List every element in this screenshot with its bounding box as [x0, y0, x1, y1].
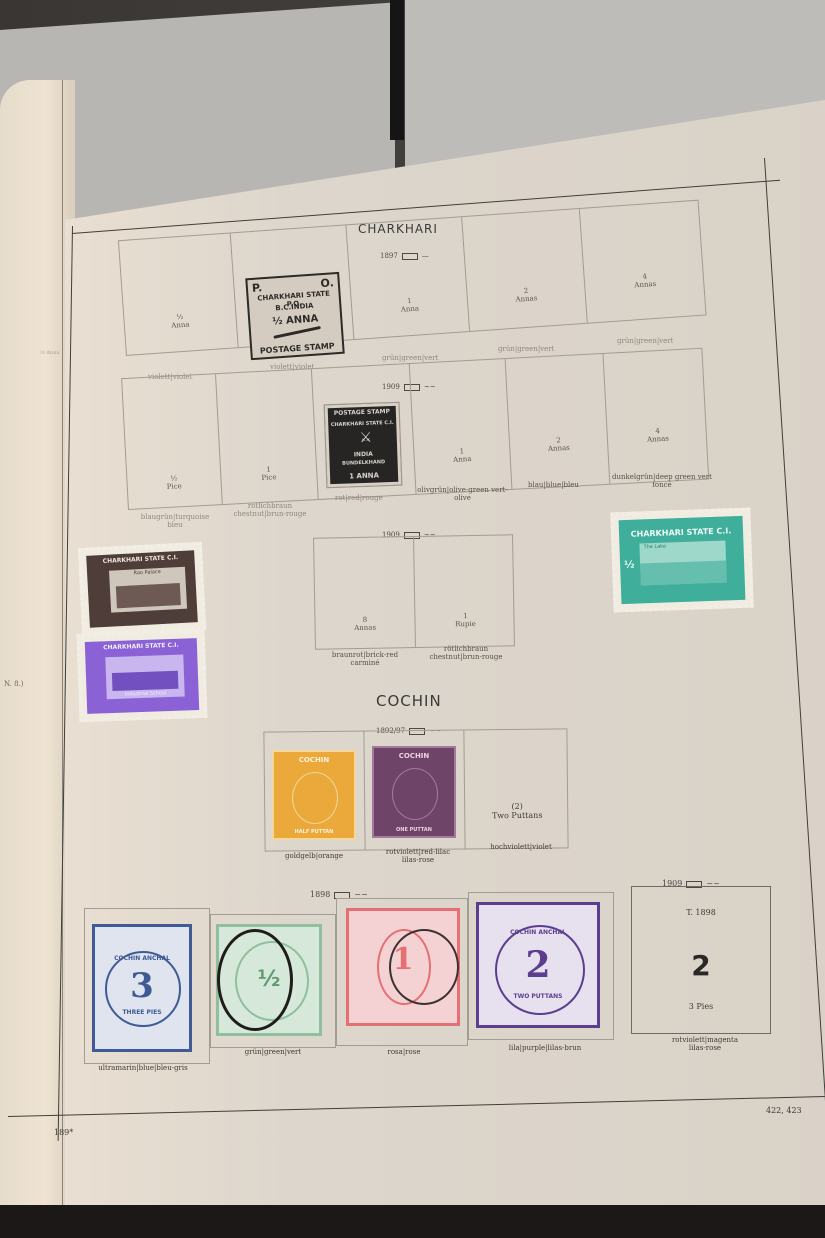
- stamp-frame: CHARKHARI STATE C.I. The Lake ½: [619, 516, 746, 604]
- color-label: grün|green|vert: [617, 337, 673, 345]
- book-bottom-edge: [0, 1205, 825, 1238]
- stamp-cochin-anchal-two-puttans[interactable]: COCHIN ANCHAL 2 TWO PUTTANS: [476, 902, 600, 1028]
- stamp-cochin-one-puttan[interactable]: COCHIN ONE PUTTAN: [372, 746, 456, 838]
- stamp-text: CHARKHARI STATE C.I.: [328, 420, 396, 428]
- color-label: rötlichbraunchestnut|brun-rouge: [420, 645, 512, 661]
- stamp-numeral: 3: [95, 969, 189, 1003]
- color-label: hochviolett|violet: [478, 843, 564, 851]
- slot-value: 8Annas: [315, 615, 414, 633]
- stamp-text: INDIA: [329, 450, 397, 459]
- stamp-text: TWO PUTTANS: [479, 993, 597, 1000]
- stamp-text: CHARKHARI STATE C.I.: [85, 641, 197, 652]
- stamp-charkhari-industrial-school[interactable]: CHARKHARI STATE C.I. Industrial School: [77, 630, 208, 722]
- catalog-reference: 422, 423: [766, 1106, 802, 1115]
- color-label: rötlichbraun chestnut|brun-rouge: [225, 502, 315, 518]
- slot-value: 3 Pies: [632, 1003, 770, 1011]
- left-page-rule: [62, 80, 63, 1230]
- stamp-cochin-anchal-one-puttan[interactable]: 1: [346, 908, 460, 1026]
- crossed-swords-icon: ⚔: [349, 430, 383, 445]
- stamp-charkhari-1897-half-anna[interactable]: P. O. CHARKHARI STATE P.O. B.C.INDIA ½ A…: [245, 272, 344, 360]
- slot-1897-0[interactable]: ½Anna: [119, 233, 239, 355]
- color-label: rotviolett|red-lilaclilas-rose: [370, 848, 466, 864]
- color-label: grün|green|vert: [498, 345, 554, 353]
- color-label: blau|blue|bleu: [528, 481, 579, 489]
- sword-icon: [273, 326, 321, 339]
- stamp-cochin-half-puttan[interactable]: COCHIN HALF PUTTAN: [272, 750, 356, 840]
- color-label: goldgelb|orange: [276, 852, 352, 860]
- color-label: blaugrün|turquoise bleu: [135, 513, 215, 529]
- slot-value: ½Anna: [124, 309, 236, 333]
- school-image: [112, 671, 179, 691]
- slot-value: 1Rupie: [415, 611, 515, 629]
- slot-value: ½Pice: [127, 472, 221, 493]
- slot-1897-3[interactable]: 2Annas: [462, 209, 588, 331]
- slot-value: 1Anna: [414, 445, 510, 466]
- stamp-frame: CHARKHARI STATE C.I. Rao Palace: [86, 550, 198, 628]
- stamp-charkhari-1909-1-anna[interactable]: POSTAGE STAMP CHARKHARI STATE C.I. ⚔ IND…: [325, 403, 402, 488]
- slot-1909-1-rupie[interactable]: 1Rupie: [414, 535, 516, 647]
- page-number: 189*: [54, 1128, 73, 1137]
- stamp-text: ONE PUTTAN: [374, 827, 454, 833]
- stamp-text: HALF PUTTAN: [274, 829, 354, 835]
- stamp-text: COCHIN ANCHAL: [479, 929, 597, 936]
- slot-1909-4[interactable]: 2Annas: [506, 354, 611, 489]
- year-text: 1898: [310, 890, 330, 899]
- stamp-text: ½ ANNA: [250, 312, 341, 329]
- stamp-text: O.: [320, 276, 334, 290]
- issue-1909-high-grid: 8Annas 1Rupie: [313, 534, 515, 649]
- stamp-text: BUNDELKHAND: [330, 459, 398, 467]
- surcharge-numeral: 2: [632, 951, 770, 981]
- stamp-text: COCHIN ANCHAL: [95, 955, 189, 962]
- slot-cochin-two-puttans[interactable]: (2)Two Puttans: [464, 729, 569, 848]
- section-title-cochin: COCHIN: [376, 692, 442, 710]
- slot-value: 4Annas: [607, 425, 708, 446]
- slot-value: 1Anna: [352, 293, 468, 317]
- color-label: rotviolett|magentalilas-rose: [650, 1036, 760, 1052]
- postmark-icon: [389, 929, 459, 1005]
- background-gap: [390, 0, 404, 140]
- color-label: braunrot|brick-redcarminé: [322, 651, 408, 667]
- stamp-caption: Industrial School: [107, 690, 185, 699]
- color-label: lila|purple|lilas-brun: [490, 1044, 600, 1052]
- color-label: olivgrün|olive-green vert-olive: [415, 486, 510, 502]
- stamp-charkhari-rao-palace[interactable]: CHARKHARI STATE C.I. Rao Palace: [78, 542, 206, 636]
- stamp-vignette: Industrial School: [105, 655, 184, 700]
- stamp-text: POSTAGE STAMP: [328, 408, 396, 417]
- stamp-numeral: 2: [479, 947, 597, 983]
- stamp-text: 1 ANNA: [330, 471, 398, 481]
- stamp-cochin-anchal-3-pies[interactable]: COCHIN ANCHAL 3 THREE PIES: [92, 924, 192, 1052]
- slot-1909-1[interactable]: 1Pice: [216, 369, 319, 504]
- stamp-frame: CHARKHARI STATE C.I. Industrial School: [85, 638, 199, 714]
- slot-value: 2Annas: [510, 434, 608, 455]
- color-label: rosa|rose: [362, 1048, 446, 1056]
- overprint-reference: T. 1898: [632, 909, 770, 917]
- slot-1909-8-annas[interactable]: 8Annas: [314, 537, 416, 649]
- stamp-text: CHARKHARI STATE C.I.: [619, 526, 743, 539]
- color-label: ultramarin|blue|bleu-gris: [86, 1064, 200, 1072]
- left-page-fragment: N. 8.): [4, 680, 24, 688]
- slot-1909-3[interactable]: 1Anna: [410, 359, 513, 494]
- stamp-oval: [292, 772, 338, 824]
- stamp-text: COCHIN: [274, 756, 354, 764]
- color-label: grün|green|vert: [382, 354, 438, 362]
- stamp-vignette: Rao Palace: [109, 567, 187, 613]
- slot-1897-2[interactable]: 1Anna: [346, 217, 470, 339]
- palace-image: [116, 583, 181, 608]
- slot-1897-4[interactable]: 4Annas: [580, 201, 708, 323]
- stamp-caption: The Lake: [643, 541, 725, 550]
- stamp-caption: Rao Palace: [109, 568, 185, 578]
- slot-cochin-1909-surcharge[interactable]: T. 1898 2 3 Pies: [631, 886, 771, 1034]
- slot-1909-5[interactable]: 4Annas: [603, 349, 710, 484]
- stamp-text: CHARKHARI STATE C.I.: [86, 553, 194, 566]
- stamp-cochin-anchal-half-puttan[interactable]: ½: [216, 924, 322, 1036]
- color-label: rot|red|rouge: [335, 494, 383, 502]
- stamp-text: COCHIN: [374, 752, 454, 760]
- stamp-oval: [392, 768, 438, 820]
- slot-value: 4Annas: [585, 268, 706, 292]
- slot-1909-0[interactable]: ½Pice: [122, 374, 223, 509]
- left-page-curl: ½ Anna N. 8.): [0, 80, 75, 1230]
- color-label: grün|green|vert: [226, 1048, 320, 1056]
- stamp-numeral: ½: [219, 967, 319, 992]
- slot-value: 2Annas: [467, 283, 585, 307]
- slot-value: (2)Two Puttans: [465, 801, 569, 820]
- color-label: dunkelgrün|deep green vert foncé: [612, 473, 712, 489]
- left-page-ghost-text: ½ Anna: [40, 350, 59, 356]
- stamp-text: POSTAGE STAMP: [252, 341, 342, 356]
- stamp-charkhari-the-lake[interactable]: CHARKHARI STATE C.I. The Lake ½: [610, 508, 753, 613]
- stamp-text: THREE PIES: [95, 1009, 189, 1016]
- slot-value: 1Pice: [221, 463, 317, 484]
